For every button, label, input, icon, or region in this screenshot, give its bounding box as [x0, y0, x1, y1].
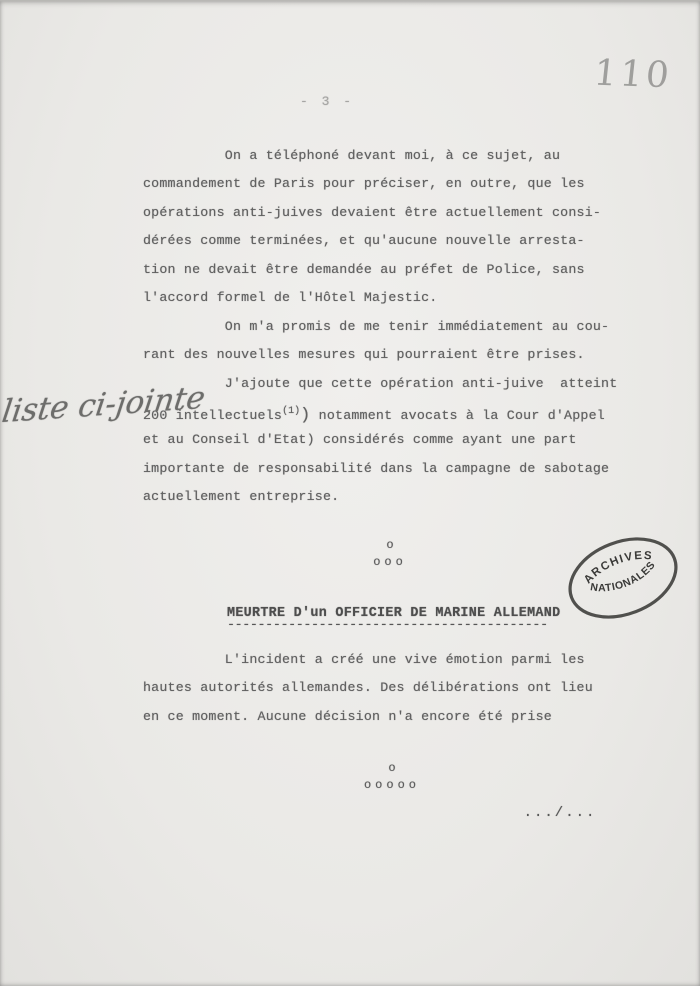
section-heading-block: MEURTRE D'un OFFICIER DE MARINE ALLEMAND… — [227, 606, 560, 633]
separator-dot-row: ooooo — [352, 777, 432, 794]
typed-line: rant des nouvelles mesures qui pourraien… — [143, 341, 643, 369]
typed-line: dérées comme terminées, et qu'aucune nou… — [143, 227, 643, 255]
typed-line: On m'a promis de me tenir immédiatement … — [143, 313, 643, 341]
separator-dot-row: o — [350, 537, 430, 554]
typed-paragraphs: L'incident a créé une vive émotion parmi… — [143, 646, 643, 731]
heading-dashed-underline: ----------------------------------------… — [227, 618, 560, 633]
inserted-paren: ) — [300, 406, 310, 425]
footnote-line-post: notamment avocats à la Cour d'Appel — [310, 408, 604, 423]
typed-line: l'accord formel de l'Hôtel Majestic. — [143, 284, 643, 312]
footnote-marker: (1) — [282, 406, 300, 417]
stamp-oval-icon: ARCHIVES NATIONALES — [547, 512, 698, 645]
typed-line: actuellement entreprise. — [143, 483, 643, 511]
continuation-mark: .../... — [500, 805, 620, 821]
section-separator: o ooo — [350, 537, 430, 571]
typed-line: tion ne devait être demandée au préfet d… — [143, 256, 643, 284]
typed-line: et au Conseil d'Etat) considérés comme a… — [143, 426, 643, 454]
typed-line: hautes autorités allemandes. Des délibér… — [143, 674, 643, 702]
folio-number-handwritten: 110 — [592, 53, 674, 97]
page-number: - 3 - — [292, 94, 362, 109]
typed-line: L'incident a créé une vive émotion parmi… — [143, 646, 643, 674]
scanned-document-page: 110 - 3 - On a téléphoné devant moi, à c… — [0, 0, 700, 986]
typed-paragraphs: On a téléphoné devant moi, à ce sujet, a… — [143, 142, 643, 512]
typed-line: en ce moment. Aucune décision n'a encore… — [143, 703, 643, 731]
archives-nationales-stamp: ARCHIVES NATIONALES — [547, 512, 698, 645]
separator-dot-row: o — [352, 760, 432, 777]
section-separator: o ooooo — [352, 760, 432, 794]
typed-line: commandement de Paris pour préciser, en … — [143, 170, 643, 198]
typed-line: importante de responsabilité dans la cam… — [143, 455, 643, 483]
typed-line: On a téléphoné devant moi, à ce sujet, a… — [143, 142, 643, 170]
separator-dot-row: ooo — [350, 554, 430, 571]
typed-line: opérations anti-juives devaient être act… — [143, 199, 643, 227]
